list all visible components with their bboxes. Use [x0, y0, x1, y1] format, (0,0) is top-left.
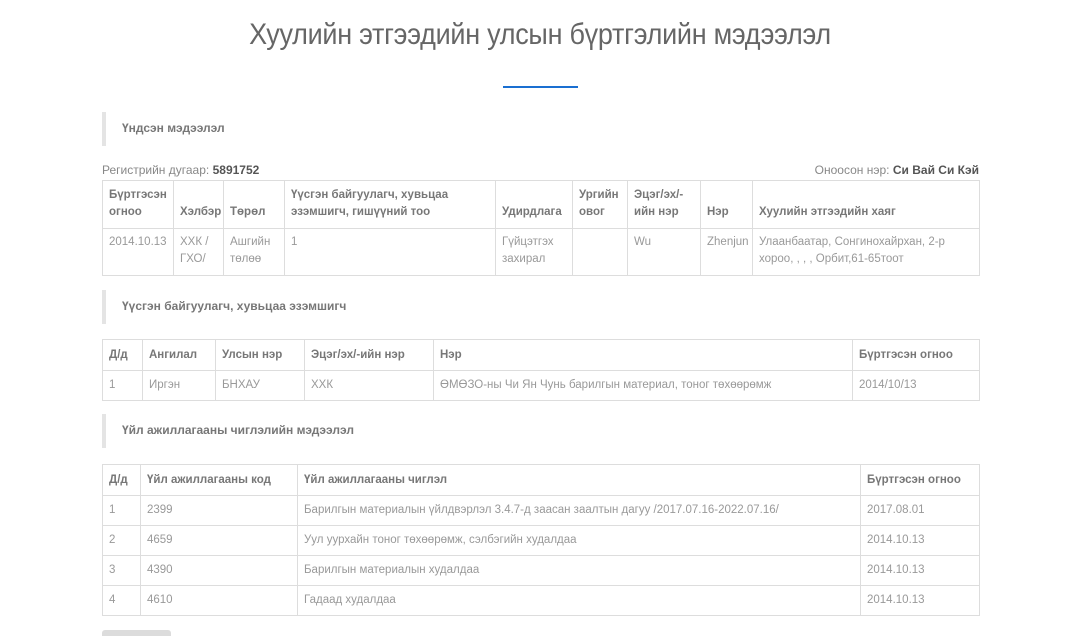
column-header: Эцэг/эх/-ийн нэр — [628, 181, 701, 229]
cell-country: БНХАУ — [216, 371, 305, 401]
cell-index: 1 — [103, 371, 143, 401]
cell-name: Zhenjun — [701, 229, 753, 276]
cell-index: 2 — [103, 526, 141, 556]
cell-activity-name: Гадаад худалдаа — [298, 586, 861, 616]
column-header: Эцэг/эх/-ийн нэр — [305, 340, 434, 371]
cell-category: Иргэн — [143, 371, 216, 401]
cell-registered-date: 2014.10.13 — [861, 556, 980, 586]
cell-founder-count: 1 — [285, 229, 496, 276]
entity-name-label: Оноосон нэр: — [815, 163, 890, 177]
cell-management: Гүйцэтгэх захирал — [496, 229, 573, 276]
cell-activity-name: Барилгын материалын үйлдвэрлэл 3.4.7-д з… — [298, 496, 861, 526]
founders-table: Д/д Ангилал Улсын нэр Эцэг/эх/-ийн нэр Н… — [102, 339, 980, 401]
column-header: Нэр — [434, 340, 853, 371]
cell-index: 4 — [103, 586, 141, 616]
cell-form: ХХК / ГХО/ — [174, 229, 224, 276]
cell-activity-code: 4610 — [141, 586, 298, 616]
cell-clan-name — [573, 229, 628, 276]
column-header: Хэлбэр — [174, 181, 224, 229]
column-header: Нэр — [701, 181, 753, 229]
title-underline — [503, 86, 578, 88]
registration-number-label: Регистрийн дугаар: — [102, 163, 209, 177]
column-header: Бүртгэсэн огноо — [861, 465, 980, 496]
table-header-row: Д/д Үйл ажиллагааны код Үйл ажиллагааны … — [103, 465, 980, 496]
cell-address: Улаанбаатар, Сонгинохайрхан, 2-р хороо, … — [753, 229, 980, 276]
cell-father-name: Wu — [628, 229, 701, 276]
table-row: 3 4390 Барилгын материалын худалдаа 2014… — [103, 556, 980, 586]
table-header-row: Д/д Ангилал Улсын нэр Эцэг/эх/-ийн нэр Н… — [103, 340, 980, 371]
cell-registered-date: 2017.08.01 — [861, 496, 980, 526]
cell-type: Ашгийн төлөө — [224, 229, 285, 276]
cell-index: 3 — [103, 556, 141, 586]
column-header: Ургийн овог — [573, 181, 628, 229]
table-header-row: Бүртгэсэн огноо Хэлбэр Төрөл Үүсгэн байг… — [103, 181, 980, 229]
page-title: Хуулийн этгээдийн улсын бүртгэлийн мэдээ… — [54, 18, 1026, 52]
entity-name: Оноосон нэр: Си Вай Си Кэй — [815, 163, 979, 177]
table-row: 2014.10.13 ХХК / ГХО/ Ашгийн төлөө 1 Гүй… — [103, 229, 980, 276]
section-heading-founders: Үүсгэн байгуулагч, хувьцаа эзэмшигч — [102, 290, 346, 324]
column-header: Ангилал — [143, 340, 216, 371]
cell-activity-code: 2399 — [141, 496, 298, 526]
table-row: 2 4659 Уул уурхайн тоног төхөөрөмж, сэлб… — [103, 526, 980, 556]
cell-activity-code: 4659 — [141, 526, 298, 556]
registration-number: Регистрийн дугаар: 5891752 — [102, 163, 259, 177]
entity-name-value: Си Вай Си Кэй — [893, 163, 979, 177]
column-header: Үйл ажиллагааны чиглэл — [298, 465, 861, 496]
column-header: Д/д — [103, 465, 141, 496]
table-row: 4 4610 Гадаад худалдаа 2014.10.13 — [103, 586, 980, 616]
cell-registered-date: 2014.10.13 — [103, 229, 174, 276]
registration-number-value: 5891752 — [213, 163, 260, 177]
cell-activity-code: 4390 — [141, 556, 298, 586]
cell-activity-name: Уул уурхайн тоног төхөөрөмж, сэлбэгийн х… — [298, 526, 861, 556]
table-row: 1 Иргэн БНХАУ ХХК ӨМӨЗО-ны Чи Ян Чунь ба… — [103, 371, 980, 401]
cell-activity-name: Барилгын материалын худалдаа — [298, 556, 861, 586]
table-row: 1 2399 Барилгын материалын үйлдвэрлэл 3.… — [103, 496, 980, 526]
column-header: Хуулийн этгээдийн хаяг — [753, 181, 980, 229]
column-header: Үүсгэн байгуулагч, хувьцаа эзэмшигч, гиш… — [285, 181, 496, 229]
cell-registered-date: 2014.10.13 — [861, 586, 980, 616]
cell-registered-date: 2014.10.13 — [861, 526, 980, 556]
basic-info-table: Бүртгэсэн огноо Хэлбэр Төрөл Үүсгэн байг… — [102, 180, 980, 276]
column-header: Төрөл — [224, 181, 285, 229]
column-header: Д/д — [103, 340, 143, 371]
cell-index: 1 — [103, 496, 141, 526]
section-heading-activities: Үйл ажиллагааны чиглэлийн мэдээлэл — [102, 414, 354, 448]
activities-table: Д/д Үйл ажиллагааны код Үйл ажиллагааны … — [102, 464, 980, 616]
cell-father-name: ХХК — [305, 371, 434, 401]
column-header: Удирдлага — [496, 181, 573, 229]
column-header: Бүртгэсэн огноо — [103, 181, 174, 229]
section-heading-basic-info: Үндсэн мэдээлэл — [102, 112, 225, 146]
column-header: Үйл ажиллагааны код — [141, 465, 298, 496]
column-header: Улсын нэр — [216, 340, 305, 371]
partially-visible-button[interactable] — [102, 630, 171, 636]
cell-registered-date: 2014/10/13 — [853, 371, 980, 401]
cell-name: ӨМӨЗО-ны Чи Ян Чунь барилгын материал, т… — [434, 371, 853, 401]
column-header: Бүртгэсэн огноо — [853, 340, 980, 371]
